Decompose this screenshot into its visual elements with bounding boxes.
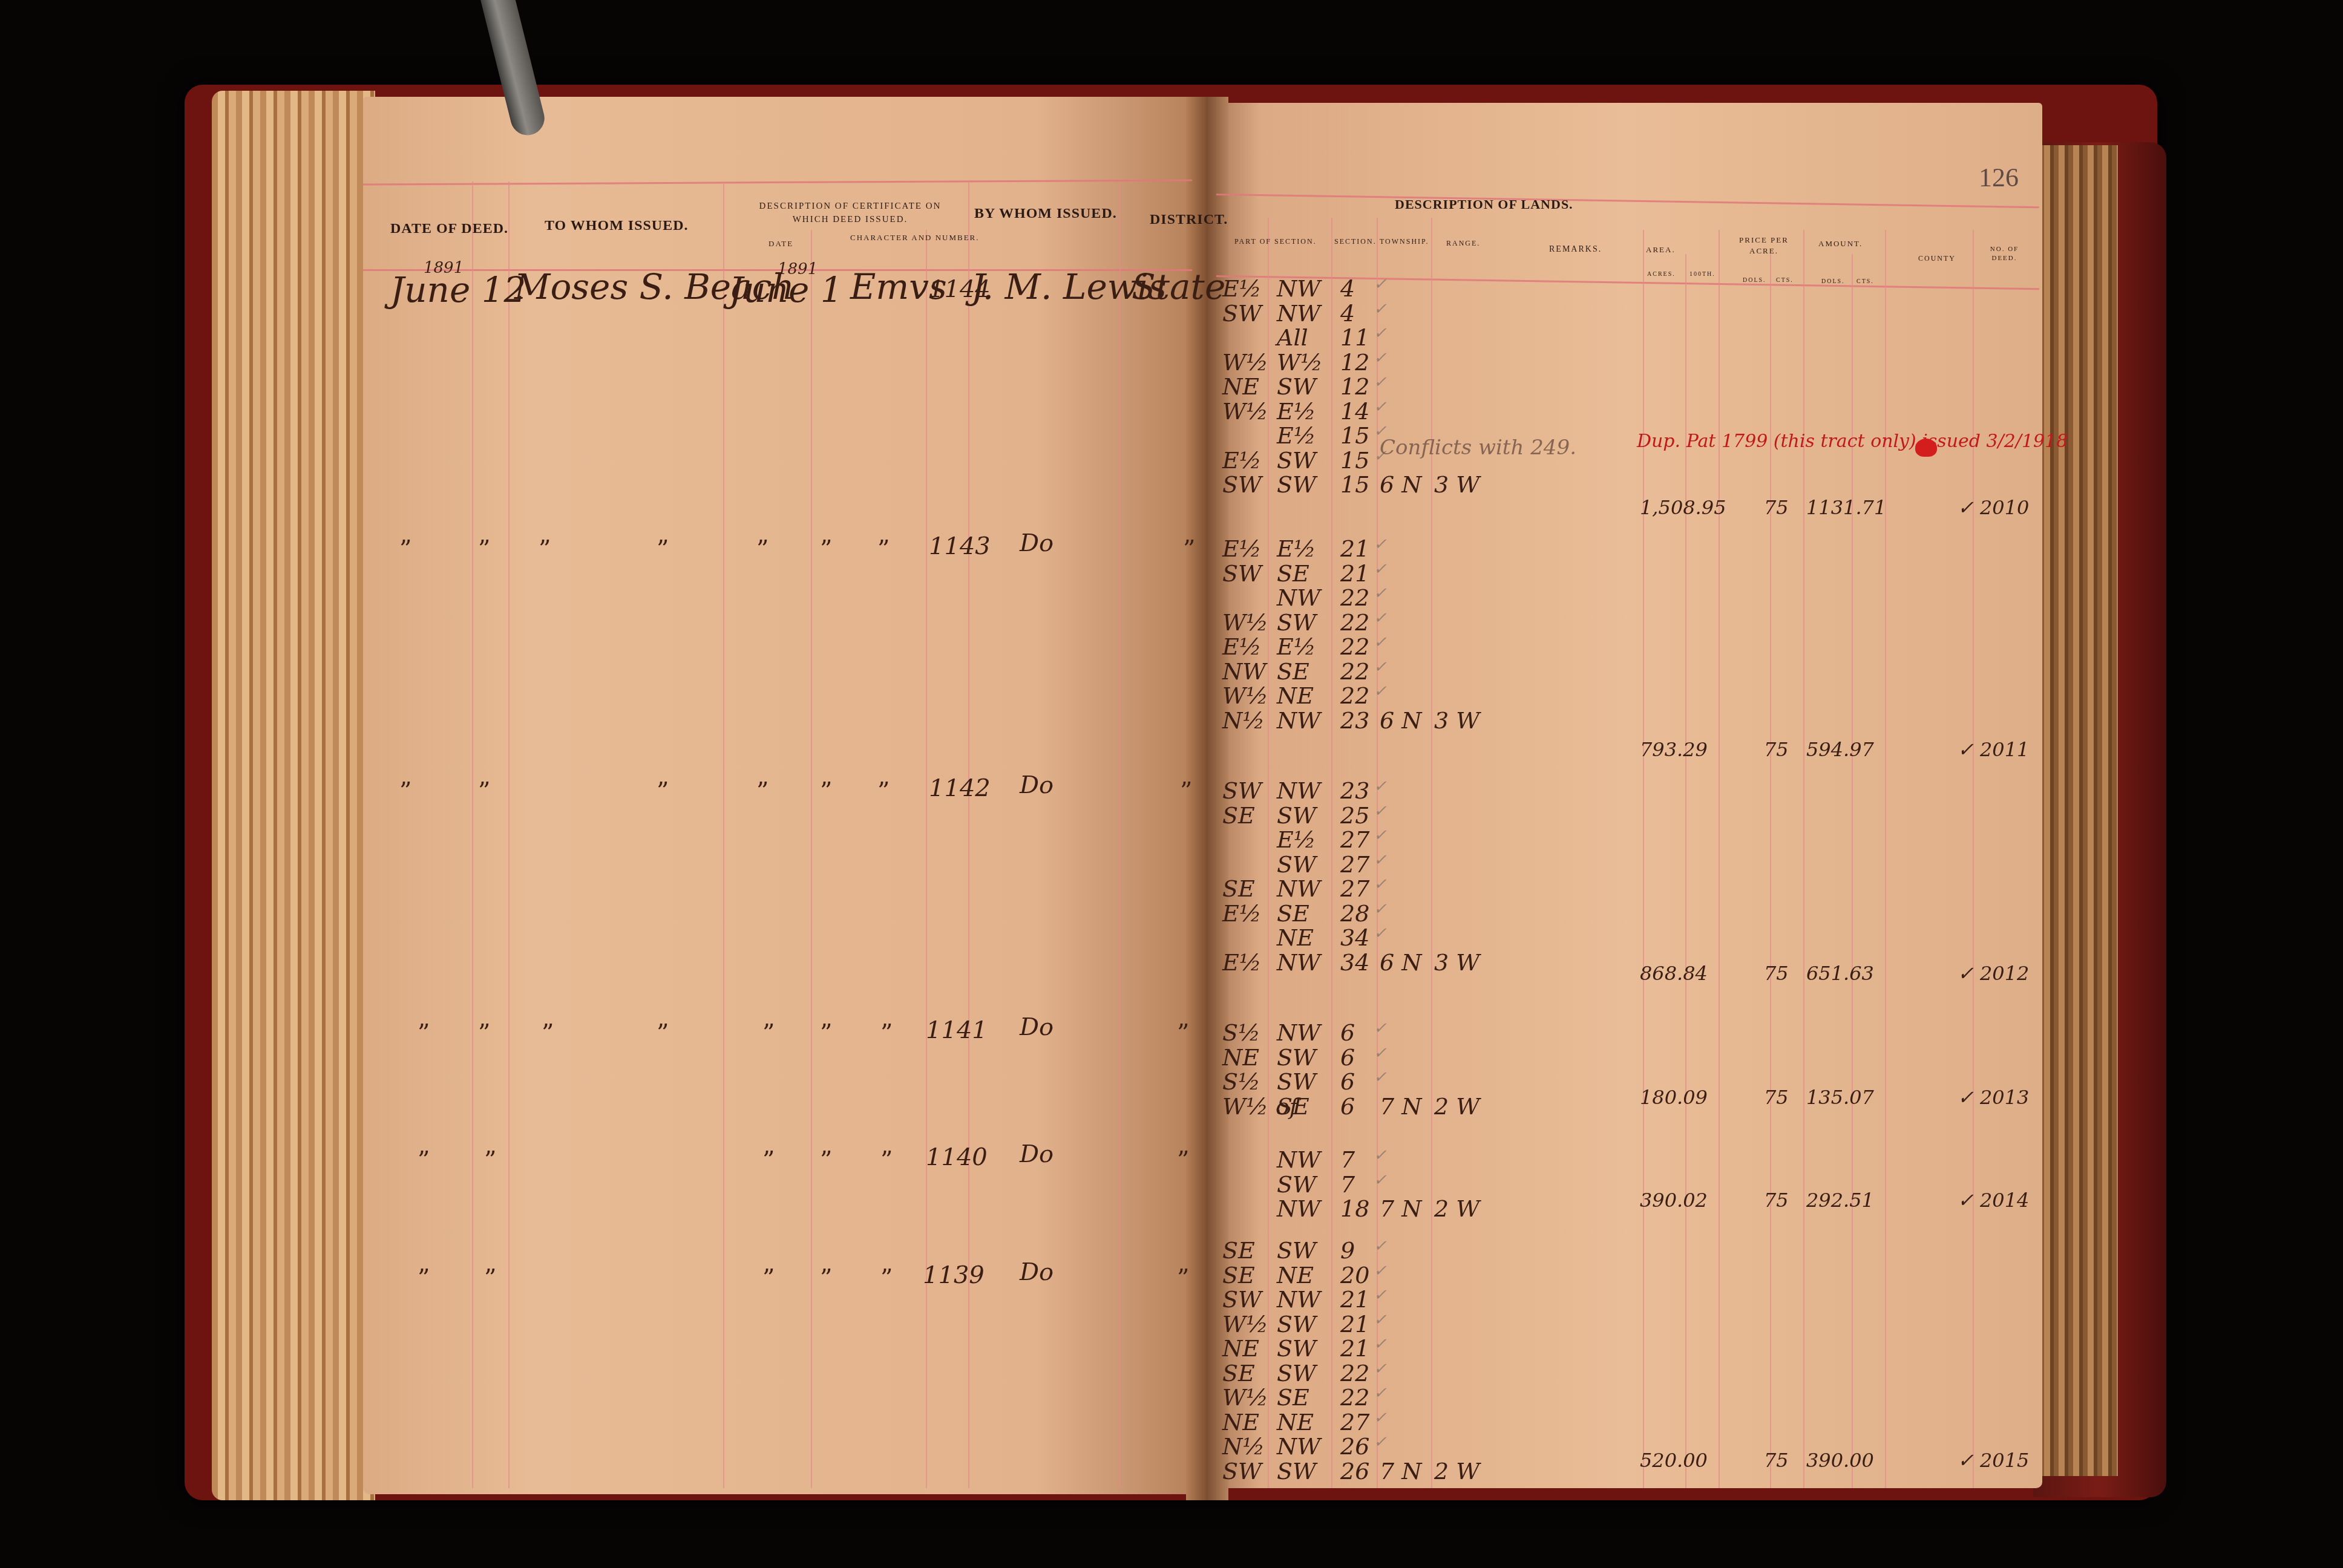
section-number: 15: [1340, 471, 1369, 498]
red-seal-mark: [1915, 439, 1937, 457]
cert-date: June 1: [729, 269, 843, 310]
amount-value: 651.63: [1806, 962, 1874, 985]
price-per-acre-value: 75: [1764, 738, 1789, 761]
price-per-acre-value: 75: [1764, 1189, 1789, 1212]
deed-number: ✓ 2012: [1958, 962, 2029, 985]
header-to-whom-issued: To Whom Issued.: [545, 218, 689, 234]
ditto-mark: ”: [1183, 535, 1195, 563]
header-certificate-group: Description of Certificate on which Deed…: [750, 200, 950, 226]
col-rule: [926, 230, 927, 1488]
issuer-ditto: Do: [1020, 1140, 1054, 1168]
check-mark: ✓: [1374, 802, 1387, 820]
issuer-ditto: Do: [1020, 771, 1054, 799]
col-rule: [1973, 230, 1974, 1488]
col-rule: [811, 230, 812, 1488]
ditto-mark: ”: [1180, 777, 1192, 805]
part-of-section: NE: [1222, 1044, 1259, 1071]
range: 3 W: [1434, 471, 1480, 498]
quarter: E½: [1277, 633, 1316, 660]
quarter: NW: [1277, 584, 1320, 611]
header-area-100th: 100th.: [1689, 271, 1715, 278]
section-number: 26: [1340, 1433, 1369, 1460]
section-number: 6: [1340, 1019, 1355, 1046]
section-number: 15: [1340, 447, 1369, 474]
col-rule: [968, 181, 969, 1488]
quarter: NE: [1277, 1262, 1314, 1289]
col-rule: [1885, 230, 1886, 1488]
deed-number: ✓ 2010: [1958, 496, 2029, 519]
header-district: District.: [1150, 212, 1228, 228]
check-mark: ✓: [1374, 275, 1387, 293]
quarter: SW: [1277, 609, 1316, 636]
header-description-of-lands: Description of Lands.: [1395, 197, 1573, 212]
part-of-section: S½: [1222, 1068, 1260, 1095]
header-part-of-section: Part of Section.: [1234, 237, 1317, 246]
ditto-mark: ”: [1177, 1146, 1189, 1174]
part-of-section: W½: [1222, 349, 1268, 376]
ditto-mark: ”: [542, 1019, 554, 1047]
quarter: SE: [1277, 560, 1309, 587]
quarter: E½: [1277, 422, 1316, 449]
ditto-mark: ”: [820, 1264, 832, 1292]
cert-number: 1139: [923, 1261, 985, 1289]
quarter: SW: [1277, 373, 1316, 400]
section-number: 22: [1340, 633, 1369, 660]
part-of-section: SW: [1222, 777, 1262, 804]
header-amount-cts: Cts.: [1856, 278, 1874, 285]
section-number: 6: [1340, 1044, 1355, 1071]
ditto-mark: ”: [880, 1019, 893, 1047]
ditto-mark: ”: [762, 1146, 775, 1174]
section-number: 22: [1340, 682, 1369, 709]
ditto-mark: ”: [484, 1146, 496, 1174]
check-mark: ✓: [1374, 584, 1387, 603]
part-of-section: SE: [1222, 875, 1255, 902]
ditto-mark: ”: [657, 777, 669, 805]
area-value: 390.02: [1640, 1189, 1708, 1212]
ditto-mark: ”: [478, 1019, 490, 1047]
part-of-section: SW: [1222, 471, 1262, 498]
check-mark: ✓: [1374, 398, 1387, 416]
ditto-mark: ”: [418, 1019, 430, 1047]
ditto-mark: ”: [1177, 1019, 1189, 1047]
quarter: SW: [1277, 1311, 1316, 1338]
section-number: 34: [1340, 949, 1369, 976]
part-of-section: SE: [1222, 1360, 1255, 1387]
quarter: NW: [1277, 949, 1320, 976]
section-number: 4: [1340, 300, 1355, 327]
quarter: NW: [1277, 1286, 1320, 1313]
part-of-section: SE: [1222, 802, 1255, 829]
col-rule: [1119, 181, 1121, 1488]
amount-value: 135.07: [1806, 1086, 1874, 1109]
check-mark: ✓: [1374, 1146, 1387, 1165]
check-mark: ✓: [1374, 682, 1387, 701]
quarter: E½: [1277, 826, 1316, 853]
section-number: 21: [1340, 560, 1369, 587]
remark-conflict: Conflicts with 249.: [1380, 436, 1576, 460]
issuer-ditto: Do: [1020, 529, 1054, 557]
part-of-section: NE: [1222, 373, 1259, 400]
ditto-mark: ”: [478, 535, 490, 563]
deed-number: ✓ 2014: [1958, 1189, 2029, 1212]
header-price-cts: Cts.: [1776, 277, 1794, 284]
ditto-mark: ”: [762, 1019, 775, 1047]
part-of-section: E½: [1222, 900, 1262, 927]
part-of-section: SE: [1222, 1262, 1255, 1289]
quarter: SW: [1277, 1044, 1316, 1071]
quarter: SW: [1277, 802, 1316, 829]
section-number: 34: [1340, 924, 1369, 951]
ditto-mark: ”: [478, 777, 490, 805]
col-rule: [723, 181, 724, 1488]
quarter: NW: [1277, 1433, 1320, 1460]
header-amount-dols: Dols.: [1821, 278, 1845, 285]
ditto-mark: ”: [877, 535, 890, 563]
quarter: SE: [1277, 1384, 1309, 1411]
check-mark: ✓: [1374, 324, 1387, 342]
check-mark: ✓: [1374, 924, 1387, 942]
area-value: 868.84: [1640, 962, 1708, 985]
area-value: 1,508.95: [1640, 496, 1726, 519]
check-mark: ✓: [1374, 777, 1387, 795]
quarter: NW: [1277, 1146, 1320, 1173]
section-number: 12: [1340, 373, 1369, 400]
price-per-acre-value: 75: [1764, 1449, 1789, 1472]
amount-value: 292.51: [1806, 1189, 1874, 1212]
check-mark: ✓: [1374, 1171, 1387, 1189]
section-number: 11: [1340, 324, 1369, 351]
col-rule: [472, 181, 473, 1488]
ditto-mark: ”: [418, 1264, 430, 1292]
township: 7 N: [1380, 1458, 1422, 1485]
header-area: Area.: [1646, 245, 1676, 255]
quarter: W½: [1277, 349, 1323, 376]
part-of-section: W½: [1222, 682, 1268, 709]
range: 2 W: [1434, 1458, 1480, 1485]
quarter: NE: [1277, 1409, 1314, 1436]
area-value: 520.00: [1640, 1449, 1708, 1472]
part-of-section: E½: [1222, 633, 1262, 660]
section-number: 27: [1340, 851, 1369, 878]
col-rule: [1803, 230, 1804, 1488]
section-number: 26: [1340, 1458, 1369, 1485]
section-number: 28: [1340, 900, 1369, 927]
ditto-mark: ”: [418, 1146, 430, 1174]
quarter: NW: [1277, 875, 1320, 902]
check-mark: ✓: [1374, 1044, 1387, 1062]
issuer-ditto: Do: [1020, 1258, 1054, 1286]
ditto-mark: ”: [657, 535, 669, 563]
section-number: 14: [1340, 398, 1369, 425]
section-number: 21: [1340, 1286, 1369, 1313]
section-number: 25: [1340, 802, 1369, 829]
check-mark: ✓: [1374, 1384, 1387, 1402]
quarter: SW: [1277, 1068, 1316, 1095]
check-mark: ✓: [1374, 1433, 1387, 1451]
section-number: 6: [1340, 1068, 1355, 1095]
ditto-mark: ”: [399, 777, 411, 805]
header-price-per-acre: Price per Acre.: [1731, 235, 1797, 256]
section-number: 23: [1340, 707, 1369, 734]
ditto-mark: ”: [880, 1264, 893, 1292]
quarter: SW: [1277, 1360, 1316, 1387]
header-price-dols: Dols.: [1743, 277, 1766, 284]
quarter: SW: [1277, 1171, 1316, 1198]
check-mark: ✓: [1374, 373, 1387, 391]
check-mark: ✓: [1374, 1237, 1387, 1255]
cert-number: 1141: [926, 1016, 988, 1044]
quarter: SW: [1277, 1458, 1316, 1485]
ditto-mark: ”: [399, 535, 411, 563]
part-of-section: W½: [1222, 1384, 1268, 1411]
ditto-mark: ”: [756, 535, 768, 563]
col-rule: [508, 181, 510, 1488]
check-mark: ✓: [1374, 900, 1387, 918]
quarter: E½: [1277, 398, 1316, 425]
section-number: 4: [1340, 275, 1355, 302]
cert-number: 1140: [926, 1143, 988, 1171]
header-range: Range.: [1446, 239, 1480, 248]
part-of-section: SW: [1222, 1458, 1262, 1485]
check-mark: ✓: [1374, 826, 1387, 844]
check-mark: ✓: [1374, 1335, 1387, 1353]
page-number: 126: [1979, 162, 2019, 193]
check-mark: ✓: [1374, 1409, 1387, 1427]
cert-number: 1143: [929, 532, 991, 560]
section-number: 7: [1340, 1171, 1355, 1198]
quarter: NW: [1277, 707, 1320, 734]
section-number: 22: [1340, 1384, 1369, 1411]
part-of-section: NE: [1222, 1335, 1259, 1362]
quarter: NW: [1277, 777, 1320, 804]
section-number: 21: [1340, 1335, 1369, 1362]
quarter: SW: [1277, 471, 1316, 498]
quarter: E½: [1277, 535, 1316, 562]
check-mark: ✓: [1374, 609, 1387, 627]
col-rule: [1643, 230, 1644, 1488]
header-date-of-deed: Date of Deed.: [390, 221, 508, 237]
part-of-section: W½: [1222, 609, 1268, 636]
col-rule: [1719, 230, 1720, 1488]
amount-value: 594.97: [1806, 738, 1874, 761]
right-page: [1210, 103, 2042, 1488]
district-value: State: [1132, 266, 1225, 307]
township: 6 N: [1380, 707, 1422, 734]
quarter: SW: [1277, 1237, 1316, 1264]
section-number: 22: [1340, 1360, 1369, 1387]
quarter: NW: [1277, 275, 1320, 302]
section-number: 15: [1340, 422, 1369, 449]
ditto-mark: ”: [877, 777, 890, 805]
section-number: 21: [1340, 535, 1369, 562]
section-number: 22: [1340, 584, 1369, 611]
deed-number: ✓ 2011: [1958, 738, 2029, 761]
quarter: NW: [1277, 300, 1320, 327]
section-number: 21: [1340, 1311, 1369, 1338]
deed-number: ✓ 2015: [1958, 1449, 2029, 1472]
section-number: 22: [1340, 658, 1369, 685]
quarter: SE: [1277, 1093, 1309, 1120]
check-mark: ✓: [1374, 658, 1387, 676]
section-number: 6: [1340, 1093, 1355, 1120]
header-by-whom-issued: By Whom Issued.: [974, 206, 1117, 222]
col-rule: [1431, 218, 1432, 1488]
section-number: 27: [1340, 1409, 1369, 1436]
header-certificate-character: Character and Number.: [850, 233, 980, 243]
ditto-mark: ”: [1177, 1264, 1189, 1292]
section-number: 23: [1340, 777, 1369, 804]
quarter: SE: [1277, 900, 1309, 927]
quarter: NW: [1277, 1019, 1320, 1046]
range: 2 W: [1434, 1195, 1480, 1222]
ditto-mark: ”: [820, 777, 832, 805]
check-mark: ✓: [1374, 851, 1387, 869]
price-per-acre-value: 75: [1764, 496, 1789, 519]
quarter: SE: [1277, 658, 1309, 685]
header-township: Township.: [1380, 237, 1429, 246]
check-mark: ✓: [1374, 560, 1387, 578]
header-remarks: Remarks.: [1549, 245, 1602, 255]
check-mark: ✓: [1374, 633, 1387, 652]
section-number: 27: [1340, 875, 1369, 902]
red-annotation: Dup. Pat 1799 (this tract only) issued 3…: [1637, 431, 2068, 452]
header-county: County: [1918, 254, 1956, 263]
ditto-mark: ”: [820, 1019, 832, 1047]
part-of-section: E½: [1222, 949, 1262, 976]
check-mark: ✓: [1374, 1262, 1387, 1280]
area-value: 180.09: [1640, 1086, 1708, 1109]
part-of-section: N½: [1222, 707, 1265, 734]
check-mark: ✓: [1374, 1311, 1387, 1329]
part-of-section: S½: [1222, 1019, 1260, 1046]
page-edges-right: [2039, 145, 2118, 1476]
ditto-mark: ”: [880, 1146, 893, 1174]
amount-value: 390.00: [1806, 1449, 1874, 1472]
range: 3 W: [1434, 949, 1480, 976]
quarter: SW: [1277, 1335, 1316, 1362]
ditto-mark: ”: [756, 777, 768, 805]
check-mark: ✓: [1374, 1360, 1387, 1378]
deed-date: June 12: [390, 269, 526, 310]
part-of-section: E½: [1222, 275, 1262, 302]
township: 7 N: [1380, 1195, 1422, 1222]
part-of-section: W½: [1222, 398, 1268, 425]
ditto-mark: ”: [762, 1264, 775, 1292]
area-value: 793.29: [1640, 738, 1708, 761]
check-mark: ✓: [1374, 1019, 1387, 1037]
check-mark: ✓: [1374, 300, 1387, 318]
part-of-section: SE: [1222, 1237, 1255, 1264]
deed-number: ✓ 2013: [1958, 1086, 2029, 1109]
quarter: SW: [1277, 851, 1316, 878]
quarter: NE: [1277, 924, 1314, 951]
part-of-section: SW: [1222, 560, 1262, 587]
header-no-of-deed: No. of Deed.: [1982, 245, 2027, 263]
township: 6 N: [1380, 471, 1422, 498]
section-number: 20: [1340, 1262, 1369, 1289]
section-number: 9: [1340, 1237, 1355, 1264]
ditto-mark: ”: [657, 1019, 669, 1047]
part-of-section: NW: [1222, 658, 1266, 685]
amount-value: 1131.71: [1806, 496, 1886, 519]
quarter: All: [1277, 324, 1308, 351]
price-per-acre-value: 75: [1764, 1086, 1789, 1109]
part-of-section: SW: [1222, 300, 1262, 327]
quarter: NE: [1277, 682, 1314, 709]
range: 2 W: [1434, 1093, 1480, 1120]
township: 6 N: [1380, 949, 1422, 976]
ditto-mark: ”: [820, 1146, 832, 1174]
check-mark: ✓: [1374, 1068, 1387, 1086]
header-area-acres: Acres.: [1647, 271, 1676, 278]
section-number: 12: [1340, 349, 1369, 376]
ditto-mark: ”: [539, 535, 551, 563]
range: 3 W: [1434, 707, 1480, 734]
issuer-ditto: Do: [1020, 1013, 1054, 1041]
part-of-section: NE: [1222, 1409, 1259, 1436]
part-of-section: N½: [1222, 1433, 1265, 1460]
page-edges-left: [212, 91, 375, 1500]
quarter: SW: [1277, 447, 1316, 474]
check-mark: ✓: [1374, 535, 1387, 554]
check-mark: ✓: [1374, 875, 1387, 893]
section-number: 7: [1340, 1146, 1355, 1173]
part-of-section: W½: [1222, 1311, 1268, 1338]
section-number: 27: [1340, 826, 1369, 853]
price-per-acre-value: 75: [1764, 962, 1789, 985]
ditto-mark: ”: [820, 535, 832, 563]
part-of-section: E½: [1222, 535, 1262, 562]
header-amount: Amount.: [1818, 239, 1863, 249]
quarter: NW: [1277, 1195, 1320, 1222]
section-number: 18: [1340, 1195, 1369, 1222]
check-mark: ✓: [1374, 349, 1387, 367]
township: 7 N: [1380, 1093, 1422, 1120]
header-section: Section.: [1334, 237, 1377, 246]
cert-number: 1142: [929, 774, 991, 802]
header-certificate-date: Date: [768, 239, 793, 249]
section-number: 22: [1340, 609, 1369, 636]
ditto-mark: ”: [484, 1264, 496, 1292]
check-mark: ✓: [1374, 1286, 1387, 1304]
part-of-section: E½: [1222, 447, 1262, 474]
part-of-section: SW: [1222, 1286, 1262, 1313]
col-rule: [1331, 218, 1332, 1488]
